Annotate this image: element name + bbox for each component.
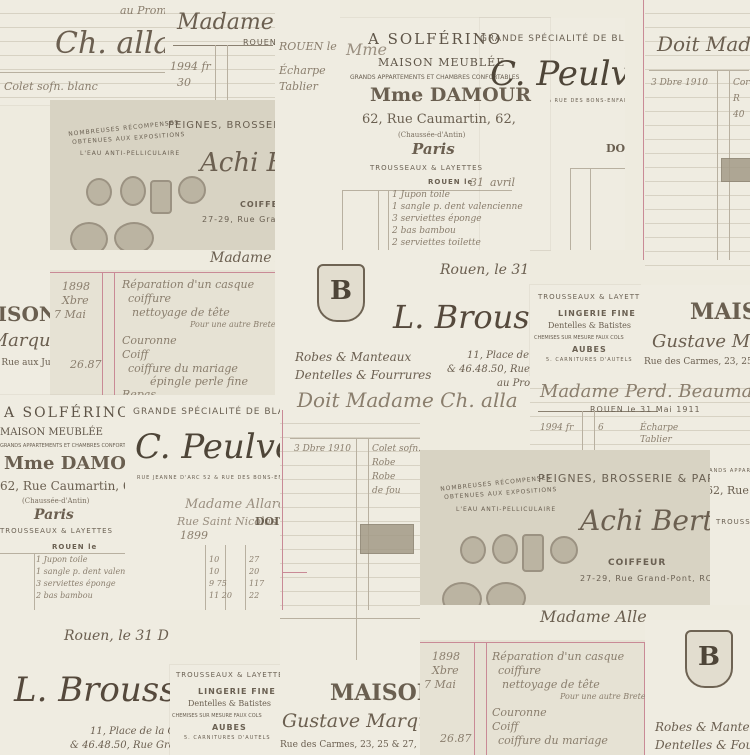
robe-ledger-center: 3 Dbre 1910 Colet sofn. blanc Robe Robe … (280, 410, 420, 610)
robe-ledger-item: Colet sofn. blanc (372, 444, 420, 454)
invoice-line: Couronne (492, 706, 547, 719)
handwriting-line: Colet sofn. blanc (4, 80, 98, 93)
cross-medal-icon (522, 534, 544, 572)
medal-icon (86, 178, 112, 206)
awards-line: L'EAU ANTI-PELLICULAIRE (456, 506, 556, 513)
invoice-line: Couronne (122, 334, 177, 347)
postage-stamp-icon (360, 524, 414, 554)
ledger-entry: 30 (177, 76, 191, 89)
header-script: Ch. alla (55, 26, 165, 61)
damour-date-prefix: ROUEN le (52, 543, 97, 551)
rouen-header-strip: Madame Perd. Beaumais ROUEN le 31 Mai 19… (165, 0, 275, 100)
marquezy-card-right: MAISON Gustave Marquézy Rue des Carmes, … (640, 285, 750, 375)
bertin-card: NOMBREUSES RÉCOMPENSES OBTENUES AUX EXPO… (50, 100, 275, 250)
robe-ledger-item: Robe (372, 472, 395, 482)
invoice-line: épingle perle fine (150, 375, 248, 388)
marquezy-script: Gustave Marquézy (282, 710, 420, 732)
damour-footer: TROUSSEAUX & LAYETTES (716, 518, 750, 526)
damour-sub: MAISON MEUBLÉE (0, 427, 103, 438)
invoice-line: coiffure du mariage (128, 362, 238, 375)
peulve-doit: DOIT (255, 515, 280, 528)
damour-footer: TROUSSEAUX & LAYETTES (370, 164, 483, 172)
peulve-total: 22 (249, 591, 259, 600)
doit-item: Cor (733, 78, 750, 88)
ledger-item: Écharpe (640, 423, 678, 433)
ledger-entry: 1994 fr (170, 60, 211, 73)
peulve-heading: GRANDE SPÉCIALITÉ DE BLANC (480, 34, 550, 44)
awards-line: L'EAU ANTI-PELLICULAIRE (80, 150, 180, 157)
medal-icon (460, 536, 486, 564)
peulve-total: 27 (249, 555, 259, 564)
bertin-trade: COIFFEUR (608, 558, 666, 568)
damour-card-repeat: A SOLFÉRINO MAISON MEUBLÉE GRANDS APPART… (0, 395, 125, 610)
invoice-year: 1898 (62, 280, 90, 293)
lingerie-line1: LINGERIE FINE (198, 687, 276, 696)
damour-footer: TROUSSEAUX & LAYETTES (0, 527, 113, 535)
medal-icon (486, 582, 526, 605)
broussin-address1: 11, Place de la C (90, 726, 170, 737)
bertin-script: Achi Bertin (200, 148, 275, 178)
lingerie-line1: LINGERIE FINE (558, 309, 636, 318)
invoice-amount: 26.87 (70, 358, 102, 371)
medal-icon (492, 534, 518, 564)
damour-name: Mme DAMOUR (4, 453, 125, 474)
peulve-amount: 11 20 (209, 591, 232, 600)
lingerie-card: TROUSSEAUX & LAYETTES LINGERIE FINE Dent… (530, 285, 640, 375)
broussin-address2: & 46.48.50, Rue Gran (447, 364, 530, 375)
fragment-item: Écharpe (279, 64, 326, 77)
lingerie-city: AUBES (212, 723, 247, 732)
damour-row: 2 serviettes toilette (392, 238, 481, 248)
lingerie-line4: 5. CARNITURES D'AUTELS (546, 357, 633, 363)
marquezy-card-repeat: MAISON Gustave Marquézy Rue des Carmes, … (280, 610, 420, 755)
rouen-date: ROUEN le 31 Mai 1911 (243, 38, 275, 47)
invoice-line: coiffure (498, 664, 541, 677)
medal-icon (178, 176, 206, 204)
address-tail: au Prom. (120, 4, 165, 17)
broussin-city-date: Rouen, le 31 D (64, 628, 169, 644)
bertin-salutation-area: Madame Alle (50, 250, 275, 270)
broussin-address1: 11, Place de la C (467, 350, 530, 361)
lingerie-line3: CHEMISES SUR MESURE FAUX COLS (534, 335, 624, 341)
robe-ledger-item: Robe (372, 458, 395, 468)
cross-medal-icon (150, 180, 172, 214)
peulve-total: 117 (249, 579, 264, 588)
invoice-month: Xbre (62, 294, 89, 307)
invoice-amount: 26.87 (440, 732, 472, 745)
invoice-line: Réparation d'un casque (492, 650, 624, 663)
damour-district: (Chaussée-d'Antin) (398, 131, 465, 139)
lingerie-line2: Dentelles & Batistes (548, 321, 631, 330)
maison-heading: MAISON (690, 299, 750, 325)
maison-heading: MAISON (0, 302, 50, 326)
bertin-salutation: Madame Alle (540, 607, 647, 626)
damour-tagline: GRANDS APPARTEMENTS ET CHAMBRES CONFORTA… (0, 443, 125, 449)
peulve-overlay: GRANDE SPÉCIALITÉ DE BLANC C. Peulvé (480, 18, 550, 250)
invoice-note: 7 Mai (54, 308, 86, 321)
medal-icon (70, 222, 108, 250)
marquezy-address: Rue des Carmes, 23, 25 & 27, et Rue aux … (644, 357, 750, 367)
ledger-item: Tablier (640, 435, 672, 445)
bertin-card-repeat: NOMBREUSES RÉCOMPENSES OBTENUES AUX EXPO… (420, 450, 710, 605)
lingerie-line3: CHEMISES SUR MESURE FAUX COLS (172, 713, 262, 719)
damour-row: 2 bas bambou (392, 226, 456, 236)
medal-icon (120, 176, 146, 206)
medal-icon (114, 222, 154, 250)
broussin-script: L. Broussi (393, 298, 530, 336)
bertin-address: 27-29, Rue Grand-Pont, ROUEN (580, 574, 710, 583)
peulve-amount: 10 (209, 567, 219, 576)
broussin-card-repeat: Rouen, le 31 D L. Broussi 11, Place de l… (0, 610, 170, 755)
damour-row: 1 Jupon toile (392, 190, 450, 200)
lingerie-line2: Dentelles & Batistes (188, 699, 271, 708)
bertin-heading: PEIGNES, BROSSERIE & PARFUMERIE (168, 120, 275, 131)
doit-item: R (733, 94, 740, 104)
medal-icon (442, 582, 482, 605)
peulve-heading: GRANDE SPÉCIALITÉ DE BLANC (550, 34, 625, 44)
damour-heading: A SOLFÉRINO (4, 405, 125, 421)
peulve-script: C. Peulvé (550, 54, 625, 94)
broussin-line1: Robes & Manteaux (295, 350, 411, 364)
bertin-heading: PEIGNES, BROSSERIE & PARFUMERIE (538, 472, 710, 485)
damour-row: 3 serviettes éponge (36, 579, 116, 588)
broussin-address2: & 46.48.50, Rue Gran (70, 740, 170, 751)
fragment-date: ROUEN le 31 Mai 1911 (279, 40, 340, 53)
beaumais-date: ROUEN le 31 Mai 1911 (590, 405, 701, 414)
invoice-month: Xbre (432, 664, 459, 677)
lingerie-heading: TROUSSEAUX & LAYETTES (176, 671, 280, 679)
damour-district: (Chaussée-d'Antin) (22, 497, 89, 505)
medal-icon (550, 536, 578, 564)
peulve-address: RUE JEANNE D'ARC 52 & RUE DES BONS-ENFAN… (550, 98, 625, 104)
marquezy-script: Gustave Marquézy (652, 331, 750, 352)
bertin-trade: COIFFEUR (240, 200, 275, 209)
damour-date-prefix: ROUEN le (428, 178, 473, 186)
invoice-line: coiffure (128, 292, 171, 305)
peulve-address: RUE JEANNE D'ARC 52 & RUE DES BONS-ENFAN… (137, 475, 280, 481)
red-divider (643, 0, 644, 260)
peulve-year: 1899 (180, 529, 208, 542)
red-invoice: 1898 Xbre 7 Mai 26.87 Réparation d'un ca… (50, 270, 275, 400)
peulve-heading: GRANDE SPÉCIALITÉ DE BLANC (133, 407, 280, 417)
marquezy-address: Rue des Carmes, 23, 25 & 27, et Rue aux … (280, 740, 420, 750)
postage-stamp-icon (721, 158, 750, 182)
lingerie-line4: 5. CARNITURES D'AUTELS (184, 735, 271, 741)
maison-heading: MAISON (330, 680, 420, 706)
damour-fragment-right: GRANDS APPARTEMENTS ET CHAMBRES CONFORTA… (710, 450, 750, 605)
madame-script: Madame Perd. Beaumais (177, 10, 275, 35)
damour-row: 1 sangle p. dent valencienne (36, 567, 125, 576)
top-left-ledger: Ch. alla au Prom. Colet sofn. blanc (0, 0, 165, 105)
damour-row: 2 bas bambou (36, 591, 93, 600)
lingerie-city: AUBES (572, 345, 607, 354)
monogram-letter: B (330, 276, 352, 306)
beaumais-recipient: Madame Perd. Beaumais (540, 381, 750, 402)
invoice-line: coiffure du mariage (498, 734, 608, 747)
invoice-line: nettoyage de tête (132, 306, 230, 319)
invoice-line: Coiff (122, 348, 148, 361)
doit-row: 3 Dbre 1910 (651, 78, 708, 88)
doit-ledger-top-right: Doit Madame 3 Dbre 1910 Cor R 40 (645, 0, 750, 270)
broussin-line2: Dentelles & Fourrures (295, 368, 431, 382)
invoice-line: Pour une autre Bretelle (190, 320, 275, 329)
invoice-line: nettoyage de tête (502, 678, 600, 691)
damour-row: 3 serviettes éponge (392, 214, 482, 224)
lingerie-card-repeat: TROUSSEAUX & LAYETTES LINGERIE FINE Dent… (170, 665, 280, 755)
bertin-script: Achi Bertin (580, 504, 710, 537)
robe-ledger-item: de fou (372, 486, 401, 496)
broussin-crest-fragment: B Robes & Manteaux Dentelles & Fourrures (645, 620, 750, 755)
doit-item: 40 (733, 110, 744, 120)
broussin-city-date: Rouen, le 31 D (440, 262, 530, 278)
wallpaper-pattern: Ch. alla au Prom. Colet sofn. blanc Mada… (0, 0, 750, 755)
ledger-entry: 1994 fr (540, 423, 573, 433)
invoice-line: Pour une autre Bretelle (560, 692, 645, 701)
marquezy-address: Rue des Carmes, 23, 25 & 27, et Rue aux … (0, 358, 50, 368)
peulve-card-top: GRANDE SPÉCIALITÉ DE BLANC C. Peulvé RUE… (550, 18, 625, 250)
red-invoice-repeat: 1898 Xbre 7 Mai 26.87 Réparation d'un ca… (420, 640, 645, 755)
broussin-line1: Robes & Manteaux (655, 720, 750, 734)
lingerie-heading: TROUSSEAUX & LAYETTES (538, 293, 640, 301)
monogram-crest-icon: B (317, 264, 365, 322)
invoice-line: Coiff (492, 720, 518, 733)
fragment-item: Tablier (279, 80, 318, 93)
broussin-doit-line: Doit Madame Ch. alla (297, 388, 518, 410)
monogram-letter: B (698, 642, 720, 672)
peulve-total: 20 (249, 567, 259, 576)
damour-row: 1 Jupon toile (36, 555, 88, 564)
peulve-doit: DOIT (606, 142, 625, 155)
broussin-card: B Rouen, le 31 D L. Broussi Robes & Mant… (275, 250, 530, 410)
peulve-script: C. Peulvé (490, 54, 550, 94)
doit-script: Doit Madame (657, 32, 750, 56)
bertin-address: 27-29, Rue Grand-Pont, ROUEN (202, 215, 275, 224)
robe-ledger-date: 3 Dbre 1910 (294, 444, 351, 454)
monogram-crest-icon: B (685, 630, 733, 688)
damour-address: 62, Rue Caumartin, 62, (0, 479, 125, 493)
maison-fragment-left: MAISON Gustave Marquézy Rue des Carmes, … (0, 270, 50, 400)
beaumais-fragment: ROUEN le 31 Mai 1911 Écharpe Tablier (275, 0, 340, 250)
invoice-year: 1898 (432, 650, 460, 663)
bertin-salutation: Madame Alle (210, 250, 275, 266)
peulve-script: C. Peulvé (135, 427, 280, 467)
peulve-card-repeat: GRANDE SPÉCIALITÉ DE BLANC C. Peulvé RUE… (125, 395, 280, 610)
broussin-line2: Dentelles & Fourrures (655, 738, 750, 752)
damour-tagline: GRANDS APPARTEMENTS ET CHAMBRES CONFORTA… (710, 468, 750, 474)
broussin-script: L. Broussi (14, 670, 170, 710)
invoice-note: 7 Mai (424, 678, 456, 691)
damour-city: Paris (412, 140, 455, 158)
damour-address: 62, Rue Caumartin, 62, (710, 484, 750, 497)
beaumais-ledger-right: Madame Perd. Beaumais ROUEN le 31 Mai 19… (530, 375, 750, 450)
invoice-line: Réparation d'un casque (122, 278, 254, 291)
damour-city: Paris (34, 507, 74, 523)
marquezy-script: Gustave Marquézy (0, 330, 50, 351)
ledger-qty: 6 (598, 423, 604, 433)
peulve-amount: 10 (209, 555, 219, 564)
peulve-amount: 9 75 (209, 579, 227, 588)
peulve-recipient: Madame Allard (185, 497, 280, 512)
